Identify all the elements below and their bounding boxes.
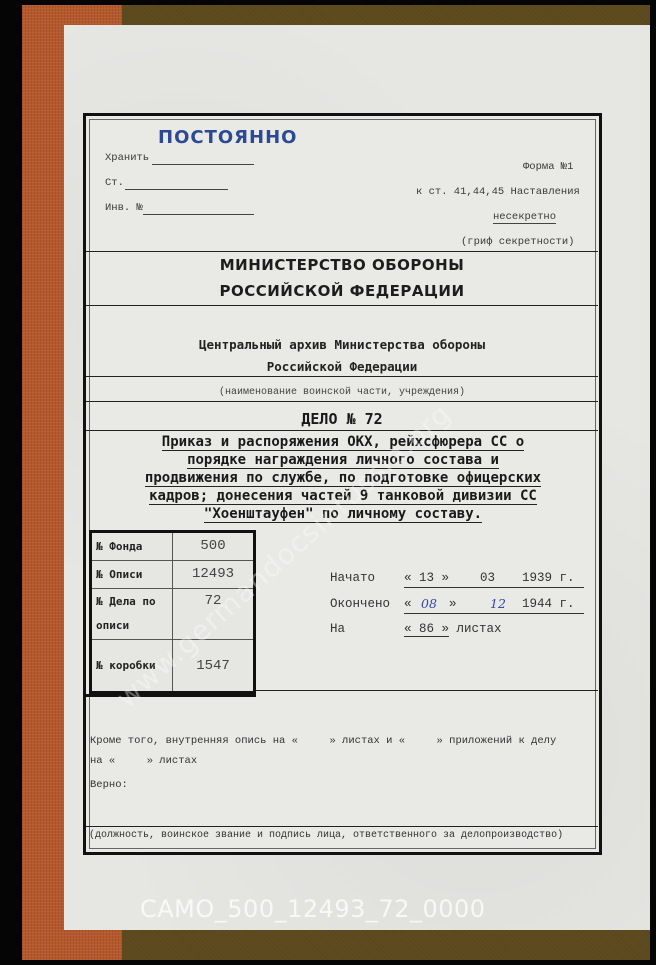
permanent-stamp: ПОСТОЯННО [158, 127, 297, 148]
divider [86, 305, 598, 306]
inventory-note: Кроме того, внутренняя опись на « » лист… [90, 735, 556, 747]
sheets-value: « 86 » [404, 622, 449, 637]
divider [86, 376, 598, 377]
article-label: Ст. [105, 177, 124, 189]
classification-caption: (гриф секретности) [461, 236, 574, 248]
article-field [125, 189, 228, 190]
unit-caption: (наименование воинской части, учреждения… [86, 387, 598, 398]
sheets-row: На [330, 622, 345, 636]
keep-label: Хранить [105, 152, 149, 164]
divider [86, 401, 598, 402]
ended-year: 1944 г. [522, 597, 575, 611]
started-day: « 13 » [404, 571, 449, 585]
opis-label: № Описи [91, 560, 173, 589]
ended-row: Окончено [330, 597, 390, 611]
inv-field [143, 214, 254, 215]
archive-line-1: Центральный архив Министерства обороны [86, 337, 598, 352]
ministry-line-1: МИНИСТЕРСТВО ОБОРОНЫ [86, 256, 598, 274]
inv-label: Инв. № [105, 202, 143, 214]
started-date-field: « 13 » 03 1939 г. [404, 571, 584, 588]
verified-label: Верно: [90, 779, 128, 791]
signature-line [86, 826, 598, 827]
table-row: № Фонда 500 [91, 532, 255, 561]
archive-line-2: Российской Федерации [86, 359, 598, 374]
instruction-reference: к ст. 41,44,45 Наставления [416, 186, 580, 198]
started-label: Начато [330, 571, 375, 585]
divider [86, 430, 598, 431]
keep-field [152, 164, 254, 165]
sheets-field: « 86 » листах [404, 622, 502, 636]
quote-open: « [404, 597, 412, 611]
form-number: Форма №1 [523, 161, 573, 173]
fond-value: 500 [173, 532, 255, 561]
divider [86, 251, 598, 252]
classification: несекретно [493, 211, 556, 224]
started-year: 1939 г. [522, 571, 575, 585]
subject-line: порядке награждения личного состава и [187, 452, 499, 469]
sheets-label: На [330, 622, 345, 636]
delo-label: № Дела по описи [91, 589, 173, 640]
inventory-note-2: на « » листах [90, 755, 197, 767]
divider [256, 690, 598, 691]
sheets-unit: листах [457, 622, 502, 636]
ended-label: Окончено [330, 597, 390, 611]
signature-caption: (должность, воинское звание и подпись ли… [89, 830, 581, 841]
file-id-watermark: CAMO_500_12493_72_0000 [140, 895, 486, 923]
quote-close: » [449, 597, 457, 611]
ended-month-handwritten: 12 [490, 596, 506, 611]
case-title: ДЕЛО № 72 [86, 410, 598, 428]
divider [86, 694, 256, 697]
ministry-line-2: РОССИЙСКОЙ ФЕДЕРАЦИИ [86, 282, 598, 300]
fond-label: № Фонда [91, 532, 173, 561]
subject-line: Приказ и распоряжения ОКХ, рейхсфюрера С… [162, 434, 524, 451]
started-month: 03 [480, 571, 495, 585]
ended-date-field: « 08 » 12 1944 г. [404, 597, 584, 614]
ended-day-handwritten: 08 [421, 596, 437, 611]
